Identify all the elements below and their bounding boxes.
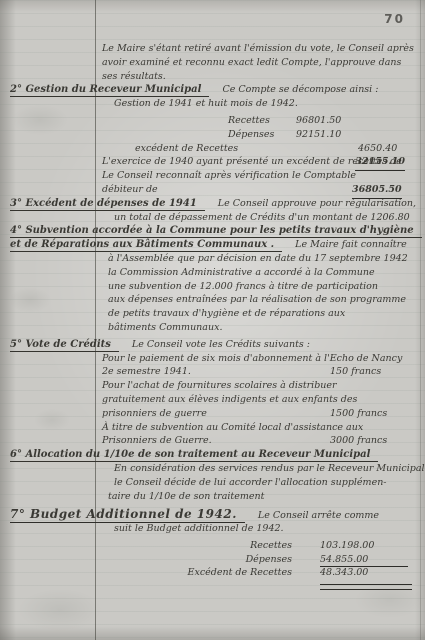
handwritten-line: le Conseil décide de lui accorder l'allo… bbox=[0, 476, 421, 490]
amount-value: 3000 francs bbox=[330, 434, 387, 448]
handwritten-line: ses résultats. bbox=[0, 70, 421, 84]
amount-value: 48.343.00 bbox=[320, 566, 408, 580]
handwritten-line: de petits travaux d'hygiène et de répara… bbox=[0, 307, 421, 321]
handwritten-line: bâtiments Communaux. bbox=[0, 321, 421, 335]
amount-line: Dépenses 92151.10 bbox=[0, 128, 421, 142]
entry-heading: 3° Excédent de dépenses de 1941 bbox=[10, 198, 205, 211]
amount-value: 54.855.00 bbox=[320, 553, 408, 568]
amount-label: Excédent de Recettes bbox=[0, 566, 292, 580]
entry-heading-line: 6° Allocation du 1/10e de son traitement… bbox=[0, 448, 421, 462]
handwritten-line: À titre de subvention au Comité local d'… bbox=[0, 421, 421, 435]
entry-heading: 2° Gestion du Receveur Municipal bbox=[10, 84, 209, 97]
handwritten-line: la Commission Administrative a accordé à… bbox=[0, 266, 421, 280]
handwritten-line: 2e semestre 1941. 150 francs bbox=[0, 365, 421, 379]
handwritten-line: En considération des services rendus par… bbox=[0, 462, 421, 476]
handwritten-line: L'exercice de 1940 ayant présenté un exc… bbox=[0, 155, 421, 169]
page-number: 70 bbox=[384, 12, 405, 26]
amount-line: Recettes 96801.50 bbox=[0, 114, 421, 128]
amount-label: Dépenses bbox=[228, 129, 274, 140]
handwritten-line: suit le Budget additionnel de 1942. bbox=[0, 522, 421, 536]
handwritten-line: avoir examiné et reconnu exact ledit Com… bbox=[0, 56, 421, 70]
entry-heading: et de Réparations aux Bâtiments Communau… bbox=[10, 239, 282, 252]
handwritten-line: taire du 1/10e de son traitement bbox=[0, 490, 421, 504]
amount-label: excédent de Recettes bbox=[135, 143, 238, 154]
handwritten-line: Pour l'achat de fournitures scolaires à … bbox=[0, 379, 421, 393]
entry-heading-line: 5° Vote de CréditsLe Conseil vote les Cr… bbox=[0, 338, 421, 352]
amount-line: Dépenses 54.855.00 bbox=[0, 553, 421, 567]
entry-heading: 7° Budget Additionnel de 1942. bbox=[10, 507, 245, 523]
amount-line: Recettes 103.198.00 bbox=[0, 539, 421, 553]
amount-line: excédent de Recettes 4650.40 bbox=[0, 142, 421, 156]
entry-heading-line: 2° Gestion du Receveur MunicipalCe Compt… bbox=[0, 83, 421, 97]
amount-line: Excédent de Recettes 48.343.00 bbox=[0, 566, 421, 580]
amount-value: 150 francs bbox=[330, 365, 381, 379]
handwritten-line: Prisonniers de Guerre. 3000 francs bbox=[0, 434, 421, 448]
handwritten-line: aux dépenses entraînées par la réalisati… bbox=[0, 293, 421, 307]
handwritten-line: Gestion de 1941 et huit mois de 1942. bbox=[0, 97, 421, 111]
entry-heading: 5° Vote de Crédits bbox=[10, 339, 119, 352]
register-page: 70 Le Maire s'étant retiré avant l'émiss… bbox=[0, 0, 425, 640]
handwritten-content: Le Maire s'étant retiré avant l'émission… bbox=[0, 42, 421, 580]
amount-value: 1500 francs bbox=[330, 407, 387, 421]
handwritten-line: Pour le paiement de six mois d'abonnemen… bbox=[0, 352, 421, 366]
amount-label: Dépenses bbox=[0, 553, 292, 567]
handwritten-line: un total de dépassement de Crédits d'un … bbox=[0, 211, 421, 225]
handwritten-line: prisonniers de guerre 1500 francs bbox=[0, 407, 421, 421]
handwritten-line: gratuitement aux élèves indigents et aux… bbox=[0, 393, 421, 407]
entry-heading-line: et de Réparations aux Bâtiments Communau… bbox=[0, 238, 421, 252]
amount-value: 92151.10 bbox=[296, 128, 341, 142]
handwritten-line: à l'Assemblée que par décision en date d… bbox=[0, 252, 421, 266]
entry-heading: 4° Subvention accordée à la Commune pour… bbox=[10, 225, 422, 238]
entry-heading-line: 3° Excédent de dépenses de 1941Le Consei… bbox=[0, 197, 421, 211]
handwritten-line: une subvention de 12.000 francs à titre … bbox=[0, 280, 421, 294]
handwritten-line: Le Conseil reconnaît après vérification … bbox=[0, 169, 421, 183]
entry-heading-line: 4° Subvention accordée à la Commune pour… bbox=[0, 224, 421, 238]
amount-label: Recettes bbox=[228, 115, 270, 126]
entry-heading: 6° Allocation du 1/10e de son traitement… bbox=[10, 449, 378, 462]
handwritten-line: Le Maire s'étant retiré avant l'émission… bbox=[0, 42, 421, 56]
amount-label: Recettes bbox=[0, 539, 292, 553]
amount-value: 4650.40 bbox=[358, 142, 397, 156]
entry-heading-line: 7° Budget Additionnel de 1942.Le Conseil… bbox=[0, 508, 421, 522]
handwritten-line: débiteur de 36805.50 bbox=[0, 183, 421, 197]
amount-value: 103.198.00 bbox=[320, 539, 408, 553]
amount-value: 96801.50 bbox=[296, 114, 341, 128]
total-double-rule bbox=[320, 584, 412, 590]
